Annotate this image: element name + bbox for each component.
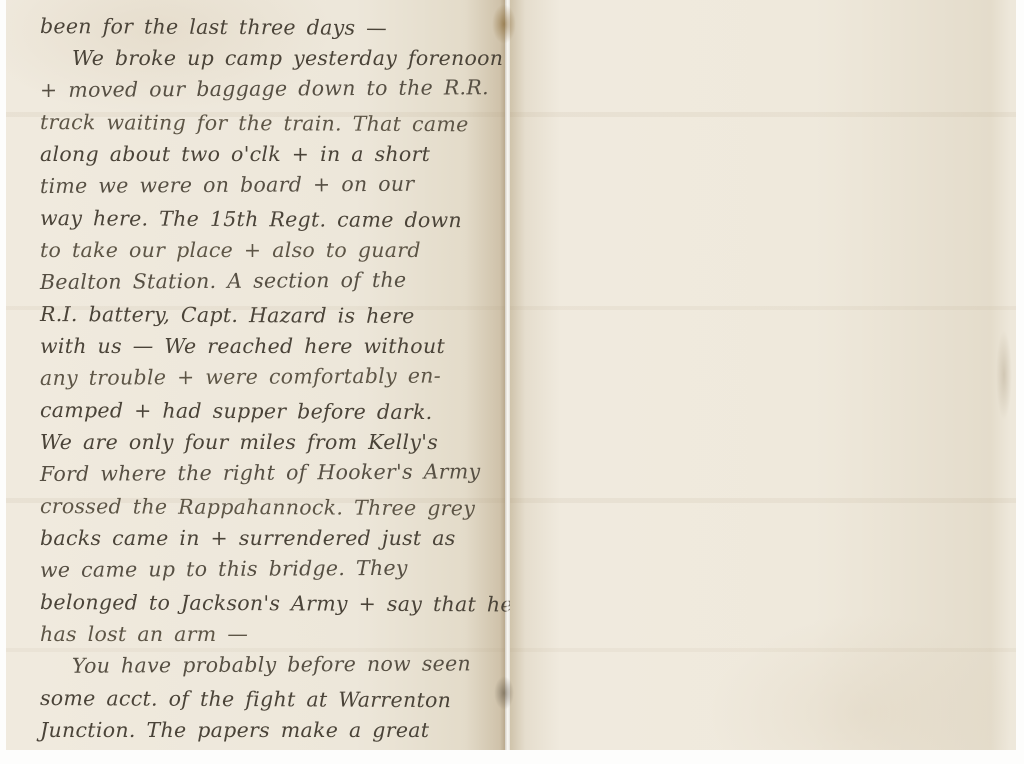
handwritten-line: time we were on board + on our — [40, 167, 508, 202]
letter-scan: been for the last three days — We broke … — [0, 0, 1024, 764]
handwritten-line: We are only four miles from Kelly's — [40, 426, 508, 458]
handwritten-line: some acct. of the fight at Warrenton — [40, 682, 508, 716]
handwritten-line: any trouble + were comfortably en- — [40, 359, 508, 394]
letter-page-left: been for the last three days — We broke … — [6, 0, 505, 750]
center-fold — [505, 0, 510, 750]
handwritten-line: way here. The 15th Regt. came down — [40, 202, 508, 236]
handwritten-line: We broke up camp yesterday forenoon — [40, 42, 508, 74]
handwritten-line: camped + had supper before dark. — [40, 394, 508, 428]
handwritten-line: track waiting for the train. That came — [40, 106, 508, 140]
handwritten-line: backs came in + surrendered just as — [40, 522, 508, 554]
handwritten-line: belonged to Jackson's Army + say that he — [40, 586, 508, 620]
letter-page-right: deal more of it than it deserves. Our ca… — [510, 0, 1016, 750]
left-page-text: been for the last three days — We broke … — [40, 10, 508, 746]
handwritten-line: crossed the Rappahannock. Three grey — [40, 490, 508, 524]
handwritten-line: Junction. The papers make a great — [40, 714, 508, 746]
handwritten-line: has lost an arm — — [40, 618, 508, 650]
handwritten-line: Bealton Station. A section of the — [40, 263, 508, 298]
handwritten-line: + moved our baggage down to the R.R. — [40, 71, 508, 106]
handwritten-line: You have probably before now seen — [40, 647, 508, 682]
handwritten-line: R.I. battery, Capt. Hazard is here — [40, 298, 508, 332]
handwritten-line: along about two o'clk + in a short — [40, 138, 508, 170]
handwritten-line: Ford where the right of Hooker's Army — [40, 455, 508, 490]
handwritten-line: we came up to this bridge. They — [40, 551, 508, 586]
handwritten-line: to take our place + also to guard — [40, 234, 508, 266]
handwritten-line: with us — We reached here without — [40, 330, 508, 362]
handwritten-line: been for the last three days — — [40, 10, 508, 44]
